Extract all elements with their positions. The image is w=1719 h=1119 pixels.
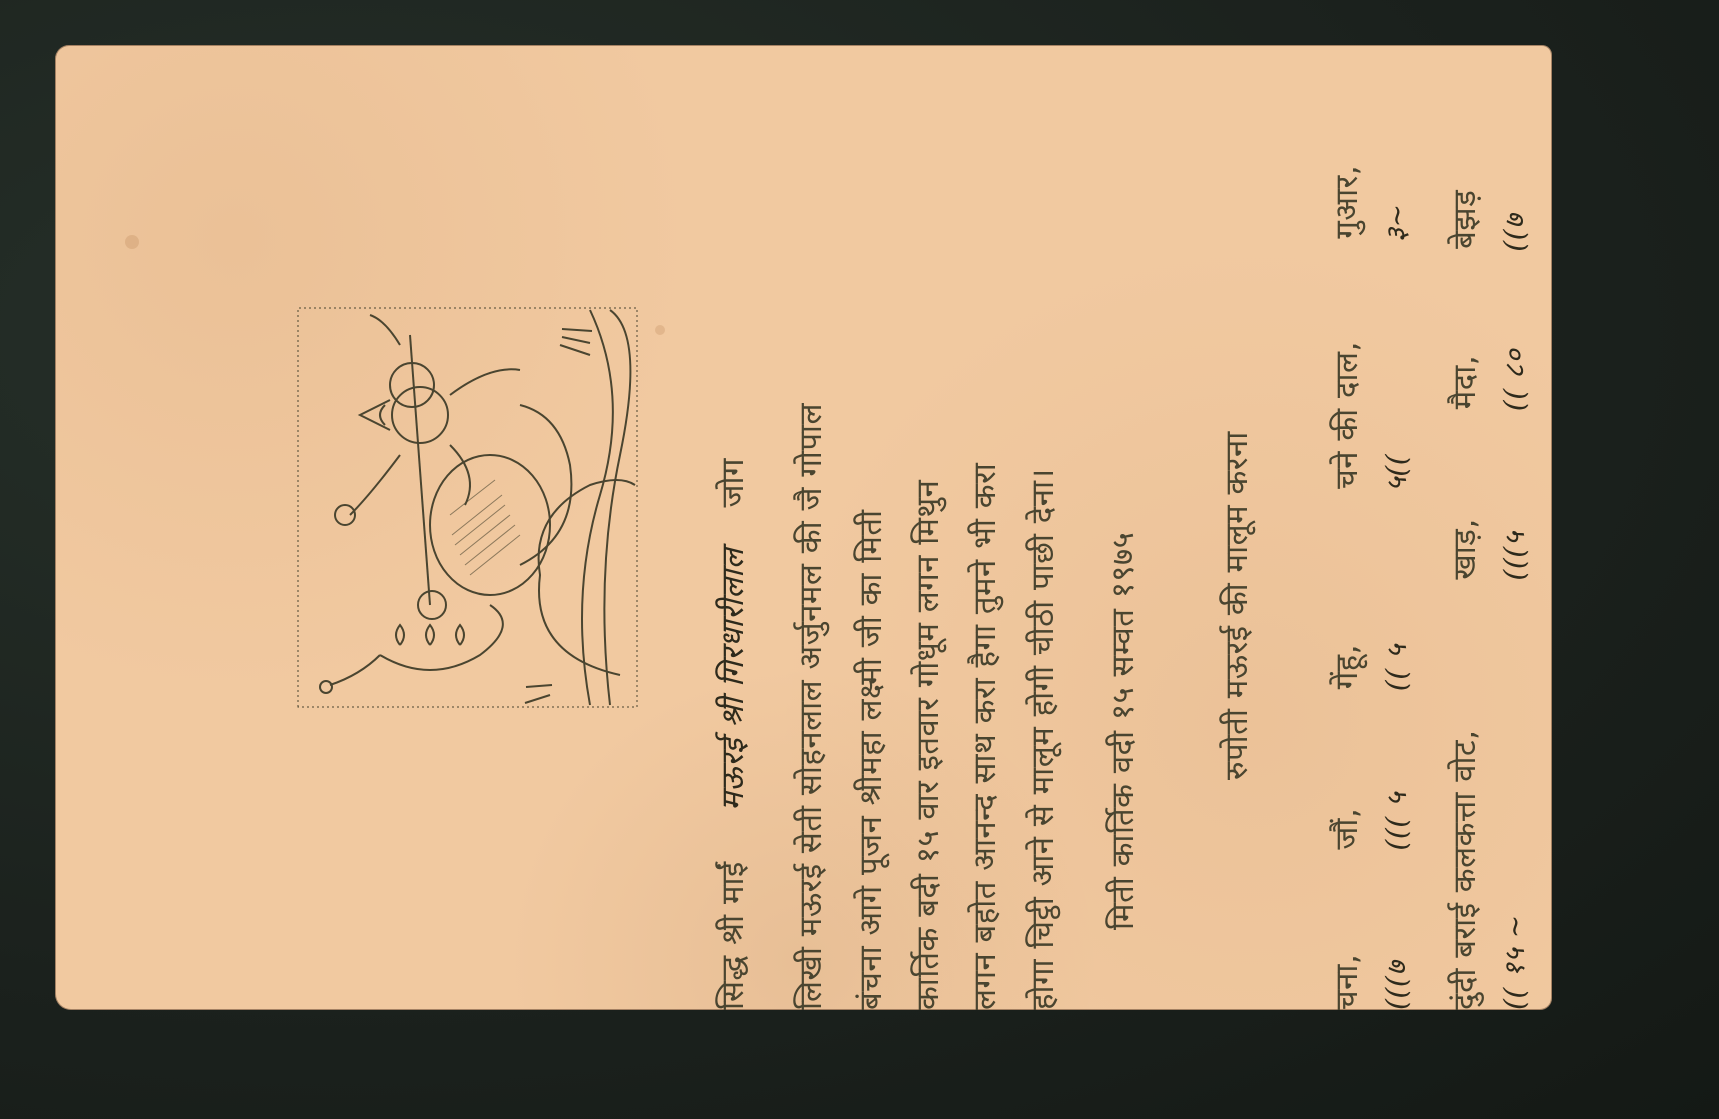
greeting-suffix: जोग xyxy=(715,458,751,507)
rate-item-khand: खाड़, xyxy=(1443,420,1485,580)
saraswati-icon xyxy=(290,300,645,715)
text-line-2: लिखी मऊरई सेती सोहनलाल अर्जुनमल की जै गो… xyxy=(789,45,831,1010)
rates-row-1-handwritten: (((७ ((( ५ (( ५ ५(( ३~ xyxy=(1377,45,1415,1010)
rate-item-maida: मैदा, xyxy=(1443,259,1485,409)
saraswati-illustration xyxy=(290,300,645,715)
text-line-6: होगा चिट्ठी आने से मालूम होगी चीठी पाछी … xyxy=(1021,45,1063,1010)
rates-heading: रुपोती मऊरई की मालूम करना xyxy=(1215,45,1257,1010)
handwritten-rate: ((७ xyxy=(1498,214,1531,252)
text-line-3: बंचना आगे पूजन श्रीमहा लक्ष्मी जी का मित… xyxy=(849,45,891,1010)
date-line: मिती कार्तिक वदी १५ सम्वत १९७५ xyxy=(1101,45,1143,1010)
handwritten-rate: ३~ xyxy=(1380,203,1413,242)
handwritten-rate: (( १५ ~ xyxy=(1495,590,1533,1010)
handwritten-rate: ५(( xyxy=(1377,252,1415,492)
handwritten-rate: (((७ xyxy=(1377,860,1415,1010)
postcard: सिद्ध श्री माईं मऊरई श्री गिरधारीलाल जोग… xyxy=(55,45,1552,1010)
rate-item-gram: चना, xyxy=(1325,860,1367,1010)
handwritten-rate: (( ५ xyxy=(1377,501,1415,691)
text-line-4: कार्तिक बदी १५ वार इतवार गोधूम लगन मिथुन xyxy=(906,45,948,1010)
rates-row-2: दुंदी बराई कलकत्ता वोट, खाड़, मैदा, बेझड… xyxy=(1443,45,1485,1010)
handwritten-rate: ((( ५ xyxy=(1377,701,1415,851)
greeting-prefix: सिद्ध श्री माईं xyxy=(715,861,751,1010)
rate-item-bundi: दुंदी बराई कलकत्ता वोट, xyxy=(1443,590,1485,1010)
text-line-5: लगन बहोत आनन्द साथ करा हैगा तुमने भी करा xyxy=(963,45,1005,1010)
handwritten-rate: (( ८० xyxy=(1495,261,1533,411)
rate-item-guar: गुआर, xyxy=(1329,165,1365,239)
rate-item-barley: जौं, xyxy=(1325,700,1367,850)
greeting-line: सिद्ध श्री माईं मऊरई श्री गिरधारीलाल जोग xyxy=(711,45,753,1010)
rate-item-bejhad: बेझड़ xyxy=(1447,190,1483,249)
handwritten-addressee: मऊरई श्री गिरधारीलाल xyxy=(715,548,751,811)
postcard-content: सिद्ध श्री माईं मऊरई श्री गिरधारीलाल जोग… xyxy=(55,45,1552,1010)
rate-item-chana-dal: चने की दाल, xyxy=(1325,249,1367,489)
rates-row-2-handwritten: (( १५ ~ (((५ (( ८० ((७ xyxy=(1495,45,1533,1010)
handwritten-rate: (((५ xyxy=(1495,421,1533,581)
rates-row-1: चना, जौं, गेंहू, चने की दाल, गुआर, xyxy=(1325,45,1367,1010)
rate-item-wheat: गेंहू, xyxy=(1325,499,1367,689)
